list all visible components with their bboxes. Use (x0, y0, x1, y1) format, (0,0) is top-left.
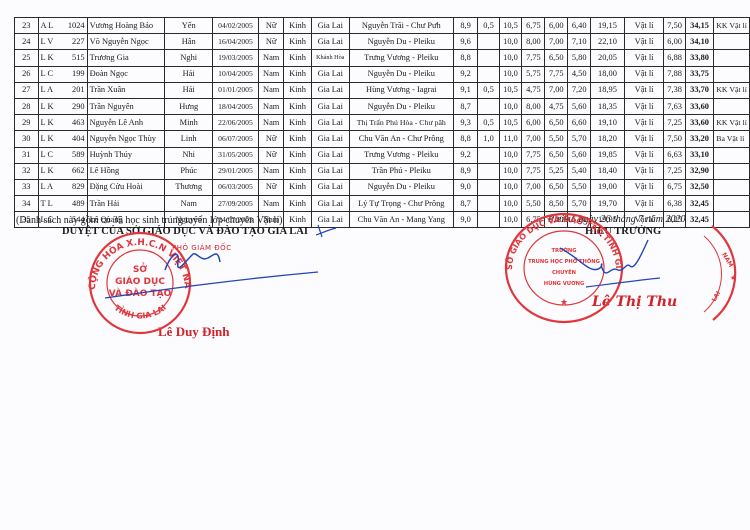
cell-gender: Nam (258, 50, 284, 66)
cell-ten: Nhi (165, 147, 213, 163)
cell-m3: 7,20 (568, 82, 591, 98)
cell-m3: 4,50 (568, 66, 591, 82)
partial-stamp-edge: NAM ★ LAI (704, 226, 736, 320)
cell-ethnic: Kinh (284, 179, 311, 195)
cell-note (714, 98, 750, 114)
cell-dob: 31/05/2005 (213, 147, 259, 163)
svg-text:LAI: LAI (711, 290, 722, 303)
cell-s2: 10,0 (499, 196, 522, 212)
cell-ethnic: Kinh (284, 115, 311, 131)
cell-m3: 7,10 (568, 34, 591, 50)
cell-stt: 30 (15, 131, 39, 147)
code-letters: L C (41, 148, 53, 162)
cell-sum: 18,35 (591, 98, 625, 114)
cell-m3: 6,60 (568, 115, 591, 131)
cell-m2: 6,50 (545, 147, 568, 163)
cell-sum: 19,85 (591, 147, 625, 163)
cell-dob: 29/01/2005 (213, 163, 259, 179)
cell-subject: Vật lí (624, 18, 664, 34)
code-number: 515 (72, 51, 85, 65)
cell-ethnic: Kinh (284, 196, 311, 212)
cell-s2: 10,0 (499, 147, 522, 163)
cell-ten: Linh (165, 131, 213, 147)
cell-stt: 26 (15, 66, 39, 82)
svg-text:TRƯỜNGTRUNG HỌC PHỔ THÔNGCHUYÊ: TRƯỜNGTRUNG HỌC PHỔ THÔNGCHUYÊNHÙNG VƯƠN… (528, 247, 600, 287)
code-number: 404 (72, 132, 85, 146)
cell-ho: Trần Xuân (87, 82, 165, 98)
cell-m3: 5,70 (568, 196, 591, 212)
cell-ho: Trần Nguyên (87, 98, 165, 114)
table-row: 29L K463Nguyễn Lê AnhMinh22/06/2005NamKi… (15, 115, 750, 131)
cell-note (714, 212, 750, 228)
table-row: 23A L1024Vương Hoàng BảoYến04/02/2005NữK… (15, 18, 750, 34)
cell-total: 33,20 (685, 131, 713, 147)
cell-birthplace: Gia Lai (311, 82, 349, 98)
cell-total: 32,90 (685, 163, 713, 179)
cell-s2: 11,0 (499, 131, 522, 147)
code-number: 662 (72, 164, 85, 178)
code-number: 1024 (68, 19, 85, 33)
cell-m1: 7,75 (522, 147, 545, 163)
svg-text:★: ★ (560, 298, 568, 308)
cell-m2: 6,50 (545, 50, 568, 66)
cell-school: Lý Tự Trọng - Chư Prông (349, 196, 453, 212)
cell-note (714, 147, 750, 163)
cell-subject: Vật lí (624, 163, 664, 179)
cell-total: 34,15 (685, 18, 713, 34)
list-count-note: (Danh sách này gồm có 35 học sinh trúng … (16, 215, 282, 226)
cell-s2: 10,0 (499, 212, 522, 228)
left-signer-name: Lê Duy Định (158, 324, 230, 340)
code-number: 227 (72, 35, 85, 49)
cell-ho: Đoàn Ngọc (87, 66, 165, 82)
cell-gender: Nam (258, 66, 284, 82)
cell-ethnic: Kinh (284, 82, 311, 98)
cell-s1: 9,0 (453, 179, 478, 195)
cell-note (714, 179, 750, 195)
cell-s2: 10,0 (499, 50, 522, 66)
cell-dob: 27/09/2005 (213, 196, 259, 212)
cell-ten: Phúc (165, 163, 213, 179)
cell-birthplace: Gia Lai (311, 147, 349, 163)
cell-school: Chu Văn An - Chư Prông (349, 131, 453, 147)
code-letters: L A (41, 180, 53, 194)
cell-gender: Nam (258, 82, 284, 98)
cell-ethnic: Kinh (284, 18, 311, 34)
cell-bonus (478, 196, 499, 212)
cell-gender: Nữ (258, 18, 284, 34)
cell-m2: 6,50 (545, 179, 568, 195)
cell-m1: 8,00 (522, 34, 545, 50)
cell-school: Nguyễn Du - Pleiku (349, 179, 453, 195)
cell-note (714, 196, 750, 212)
cell-code: L C199 (38, 66, 87, 82)
cell-school: Trần Phú - Pleiku (349, 163, 453, 179)
cell-stt: 32 (15, 163, 39, 179)
cell-m1: 8,00 (522, 98, 545, 114)
svg-text:NAM: NAM (720, 252, 734, 269)
cell-birthplace: Gia Lai (311, 34, 349, 50)
cell-m2: 7,75 (545, 66, 568, 82)
cell-s2: 10,0 (499, 163, 522, 179)
cell-stt: 33 (15, 179, 39, 195)
code-number: 489 (72, 197, 85, 211)
cell-m2: 4,75 (545, 98, 568, 114)
table-row: 26L C199Đoàn NgọcHải10/04/2005NamKinhGia… (15, 66, 750, 82)
cell-school: Nguyễn Du - Pleiku (349, 66, 453, 82)
cell-s2: 10,0 (499, 179, 522, 195)
cell-stt: 34 (15, 196, 39, 212)
cell-code: L A201 (38, 82, 87, 98)
cell-code: L K515 (38, 50, 87, 66)
cell-bonus (478, 212, 499, 228)
cell-note (714, 50, 750, 66)
cell-birthplace: Gia Lai (311, 18, 349, 34)
cell-sum: 20,05 (591, 50, 625, 66)
cell-note: KK Vật lí (714, 115, 750, 131)
cell-ten: Hưng (165, 98, 213, 114)
cell-subject: Vật lí (624, 131, 664, 147)
cell-s2: 10,5 (499, 82, 522, 98)
cell-ethnic: Kinh (284, 98, 311, 114)
cell-note (714, 163, 750, 179)
cell-sub-score: 7,50 (664, 131, 685, 147)
cell-dob: 18/04/2005 (213, 98, 259, 114)
cell-total: 33,60 (685, 115, 713, 131)
table-row: 30L K404Nguyễn Ngọc ThùyLinh06/07/2005Nữ… (15, 131, 750, 147)
code-number: 829 (72, 180, 85, 194)
cell-s2: 10,0 (499, 66, 522, 82)
cell-sub-score: 7,25 (664, 115, 685, 131)
cell-code: L K404 (38, 131, 87, 147)
cell-ethnic: Kinh (284, 66, 311, 82)
cell-sub-score: 6,00 (664, 34, 685, 50)
cell-bonus (478, 34, 499, 50)
cell-stt: 29 (15, 115, 39, 131)
cell-bonus (478, 147, 499, 163)
cell-subject: Vật lí (624, 34, 664, 50)
cell-code: L K662 (38, 163, 87, 179)
cell-dob: 10/04/2005 (213, 66, 259, 82)
code-letters: L K (41, 132, 54, 146)
cell-ethnic: Kinh (284, 50, 311, 66)
cell-m1: 5,75 (522, 66, 545, 82)
cell-school: Nguyễn Du - Pleiku (349, 34, 453, 50)
cell-stt: 24 (15, 34, 39, 50)
cell-dob: 06/03/2005 (213, 179, 259, 195)
cell-dob: 06/07/2005 (213, 131, 259, 147)
code-letters: A L (41, 19, 54, 33)
cell-m3: 5,60 (568, 98, 591, 114)
cell-dob: 19/03/2005 (213, 50, 259, 66)
cell-dob: 01/01/2005 (213, 82, 259, 98)
cell-sub-score: 7,63 (664, 98, 685, 114)
cell-ho: Trương Gia (87, 50, 165, 66)
cell-s2: 10,0 (499, 98, 522, 114)
table-row: 24L V227Võ Nguyễn NgọcHân16/04/2005NữKin… (15, 34, 750, 50)
cell-school: Chu Văn An - Mang Yang (349, 212, 453, 228)
cell-total: 33,60 (685, 98, 713, 114)
cell-gender: Nữ (258, 179, 284, 195)
cell-birthplace: Gia Lai (311, 115, 349, 131)
cell-birthplace: Gia Lai (311, 66, 349, 82)
cell-school: Trưng Vương - Pleiku (349, 147, 453, 163)
scanned-document-page: 23A L1024Vương Hoàng BảoYến04/02/2005NữK… (0, 0, 750, 530)
code-letters: L A (41, 83, 53, 97)
approval-heading: DUYỆT CỦA SỞ GIÁO DỤC VÀ ĐÀO TẠO GIA LAI (62, 226, 308, 237)
left-signature-icon (165, 254, 220, 270)
cell-total: 34,10 (685, 34, 713, 50)
cell-total: 32,50 (685, 179, 713, 195)
cell-sub-score: 6,75 (664, 179, 685, 195)
cell-gender: Nam (258, 196, 284, 212)
code-letters: T L (41, 197, 53, 211)
cell-code: L C589 (38, 147, 87, 163)
cell-note (714, 34, 750, 50)
cell-s1: 8,8 (453, 131, 478, 147)
cell-m3: 5,60 (568, 147, 591, 163)
cell-code: L K463 (38, 115, 87, 131)
cell-subject: Vật lí (624, 82, 664, 98)
cell-m1: 6,00 (522, 115, 545, 131)
cell-gender: Nữ (258, 34, 284, 50)
cell-m2: 6,00 (545, 18, 568, 34)
cell-sub-score: 7,25 (664, 163, 685, 179)
cell-gender: Nữ (258, 147, 284, 163)
cell-ethnic: Kinh (284, 147, 311, 163)
cell-note (714, 66, 750, 82)
cell-total: 32,45 (685, 212, 713, 228)
cell-sub-score: 7,38 (664, 82, 685, 98)
cell-sum: 18,95 (591, 82, 625, 98)
cell-ten: Minh (165, 115, 213, 131)
cell-m2: 7,00 (545, 34, 568, 50)
cell-ten: Nghi (165, 50, 213, 66)
cell-s2: 10,5 (499, 115, 522, 131)
table-row: 28L K290Trần NguyênHưng18/04/2005NamKinh… (15, 98, 750, 114)
cell-sum: 19,10 (591, 115, 625, 131)
cell-sub-score: 6,63 (664, 147, 685, 163)
cell-code: A L1024 (38, 18, 87, 34)
cell-ethnic: Kinh (284, 34, 311, 50)
cell-stt: 28 (15, 98, 39, 114)
svg-text:TỈNH GIA LAI: TỈNH GIA LAI (113, 303, 168, 321)
cell-sub-score: 6,38 (664, 196, 685, 212)
table-row: 33L A829Đặng Cửu HoàiThương06/03/2005NữK… (15, 179, 750, 195)
cell-bonus: 0,5 (478, 82, 499, 98)
cell-sum: 18,40 (591, 163, 625, 179)
code-number: 290 (72, 100, 85, 114)
cell-bonus (478, 163, 499, 179)
code-letters: L K (41, 116, 54, 130)
cell-m3: 6,40 (568, 18, 591, 34)
table-row: 25L K515Trương GiaNghi19/03/2005NamKinhK… (15, 50, 750, 66)
cell-m1: 7,75 (522, 163, 545, 179)
cell-gender: Nam (258, 115, 284, 131)
cell-m1: 7,75 (522, 50, 545, 66)
cell-sub-score: 7,50 (664, 18, 685, 34)
cell-sum: 19,00 (591, 179, 625, 195)
cell-ho: Đặng Cửu Hoài (87, 179, 165, 195)
code-number: 463 (72, 116, 85, 130)
cell-m1: 5,50 (522, 196, 545, 212)
cell-ho: Nguyễn Lê Anh (87, 115, 165, 131)
cell-m1: 7,00 (522, 131, 545, 147)
cell-sum: 22,10 (591, 34, 625, 50)
cell-ten: Hải (165, 66, 213, 82)
cell-s1: 9,3 (453, 115, 478, 131)
cell-stt: 31 (15, 147, 39, 163)
cell-s2: 10,5 (499, 18, 522, 34)
table-row: 32L K662Lê HồngPhúc29/01/2005NamKinhGia … (15, 163, 750, 179)
cell-m3: 5,50 (568, 179, 591, 195)
principal-heading: HIỆU TRƯỞNG (585, 226, 661, 237)
cell-s1: 8,9 (453, 163, 478, 179)
code-number: 199 (72, 67, 85, 81)
cell-subject: Vật lí (624, 115, 664, 131)
cell-ho: Huỳnh Thúy (87, 147, 165, 163)
cell-ho: Nguyễn Ngọc Thùy (87, 131, 165, 147)
cell-bonus (478, 179, 499, 195)
cell-dob: 04/02/2005 (213, 18, 259, 34)
cell-ten: Thương (165, 179, 213, 195)
cell-ten: Nam (165, 196, 213, 212)
cell-sum: 18,00 (591, 66, 625, 82)
cell-subject: Vật lí (624, 179, 664, 195)
cell-code: T L489 (38, 196, 87, 212)
cell-m3: 5,40 (568, 163, 591, 179)
cell-m1: 7,00 (522, 179, 545, 195)
code-letters: L V (41, 35, 54, 49)
cell-birthplace: Gia Lai (311, 163, 349, 179)
cell-birthplace: Khánh Hòa (311, 50, 349, 66)
cell-s1: 9,0 (453, 212, 478, 228)
deputy-director-label: PHÓ GIÁM ĐỐC (172, 244, 232, 252)
cell-total: 32,45 (685, 196, 713, 212)
code-number: 201 (72, 83, 85, 97)
cell-sum: 19,70 (591, 196, 625, 212)
svg-text:SỞGIÁO DỤCVÀ ĐÀO TẠO: SỞGIÁO DỤCVÀ ĐÀO TẠO (109, 262, 172, 299)
cell-bonus (478, 50, 499, 66)
code-number: 589 (72, 148, 85, 162)
cell-ho: Võ Nguyễn Ngọc (87, 34, 165, 50)
cell-note: Ba Vật lí (714, 131, 750, 147)
cell-birthplace: Gia Lai (311, 131, 349, 147)
cell-school: Nguyễn Trãi - Chư Pưh (349, 18, 453, 34)
cell-code: L K290 (38, 98, 87, 114)
cell-school: Trưng Vương - Pleiku (349, 50, 453, 66)
cell-dob: 22/06/2005 (213, 115, 259, 131)
cell-gender: Nữ (258, 131, 284, 147)
right-signature-icon (560, 240, 648, 273)
table-row: 34T L489Trần HảiNam27/09/2005NamKinhGia … (15, 196, 750, 212)
cell-stt: 25 (15, 50, 39, 66)
cell-s1: 9,6 (453, 34, 478, 50)
cell-dob: 16/04/2005 (213, 34, 259, 50)
cell-s1: 8,8 (453, 50, 478, 66)
cell-gender: Nam (258, 163, 284, 179)
cell-school: Thị Trấn Phú Hòa - Chư păh (349, 115, 453, 131)
cell-m2: 5,25 (545, 163, 568, 179)
cell-total: 33,70 (685, 82, 713, 98)
cell-bonus (478, 98, 499, 114)
table-row: 27L A201Trần XuânHải01/01/2005NamKinhGia… (15, 82, 750, 98)
code-letters: L C (41, 67, 53, 81)
cell-note: KK Vật lí (714, 18, 750, 34)
cell-m1: 4,75 (522, 82, 545, 98)
cell-s1: 9,2 (453, 147, 478, 163)
cell-ho: Lê Hồng (87, 163, 165, 179)
cell-m2: 8,50 (545, 196, 568, 212)
cell-sub-score: 6,88 (664, 50, 685, 66)
cell-bonus (478, 66, 499, 82)
cell-bonus: 1,0 (478, 131, 499, 147)
cell-subject: Vật lí (624, 147, 664, 163)
cell-school: Hùng Vương - Iagrai (349, 82, 453, 98)
cell-code: L A829 (38, 179, 87, 195)
cell-note: KK Vật lí (714, 82, 750, 98)
cell-s1: 8,7 (453, 98, 478, 114)
cell-subject: Vật lí (624, 196, 664, 212)
cell-m2: 6,50 (545, 115, 568, 131)
admission-results-table: 23A L1024Vương Hoàng BảoYến04/02/2005NữK… (14, 17, 750, 228)
cell-s1: 8,9 (453, 18, 478, 34)
cell-ethnic: Kinh (284, 163, 311, 179)
cell-s1: 9,1 (453, 82, 478, 98)
cell-s1: 8,7 (453, 196, 478, 212)
cell-total: 33,10 (685, 147, 713, 163)
cell-sum: 19,15 (591, 18, 625, 34)
code-letters: L K (41, 51, 54, 65)
cell-m2: 7,00 (545, 82, 568, 98)
code-letters: L K (41, 164, 54, 178)
cell-stt: 23 (15, 18, 39, 34)
cell-ho: Trần Hải (87, 196, 165, 212)
cell-m2: 5,50 (545, 131, 568, 147)
cell-ten: Hải (165, 82, 213, 98)
code-letters: L K (41, 100, 54, 114)
cell-m3: 5,80 (568, 50, 591, 66)
cell-s1: 9,2 (453, 66, 478, 82)
cell-sum: 18,20 (591, 131, 625, 147)
cell-m3: 5,70 (568, 131, 591, 147)
cell-s2: 10,0 (499, 34, 522, 50)
cell-bonus: 0,5 (478, 115, 499, 131)
cell-sub-score: 7,88 (664, 66, 685, 82)
cell-ho: Vương Hoàng Bảo (87, 18, 165, 34)
cell-birthplace: Gia Lai (311, 212, 349, 228)
cell-birthplace: Gia Lai (311, 179, 349, 195)
cell-code: L V227 (38, 34, 87, 50)
cell-birthplace: Gia Lai (311, 98, 349, 114)
cell-subject: Vật lí (624, 66, 664, 82)
cell-gender: Nam (258, 98, 284, 114)
date-line: Pleiku, ngày 26 tháng 7 năm 2020 (548, 214, 685, 225)
cell-ten: Yến (165, 18, 213, 34)
cell-ethnic: Kinh (284, 131, 311, 147)
cell-subject: Vật lí (624, 50, 664, 66)
cell-subject: Vật lí (624, 98, 664, 114)
svg-text:★: ★ (730, 274, 736, 282)
cell-birthplace: Gia Lai (311, 196, 349, 212)
right-signer-name: Lê Thị Thu (592, 294, 677, 310)
cell-stt: 27 (15, 82, 39, 98)
cell-bonus: 0,5 (478, 18, 499, 34)
cell-m1: 6,75 (522, 18, 545, 34)
table-row: 31L C589Huỳnh ThúyNhi31/05/2005NữKinhGia… (15, 147, 750, 163)
cell-ten: Hân (165, 34, 213, 50)
cell-m1: 6,75 (522, 212, 545, 228)
